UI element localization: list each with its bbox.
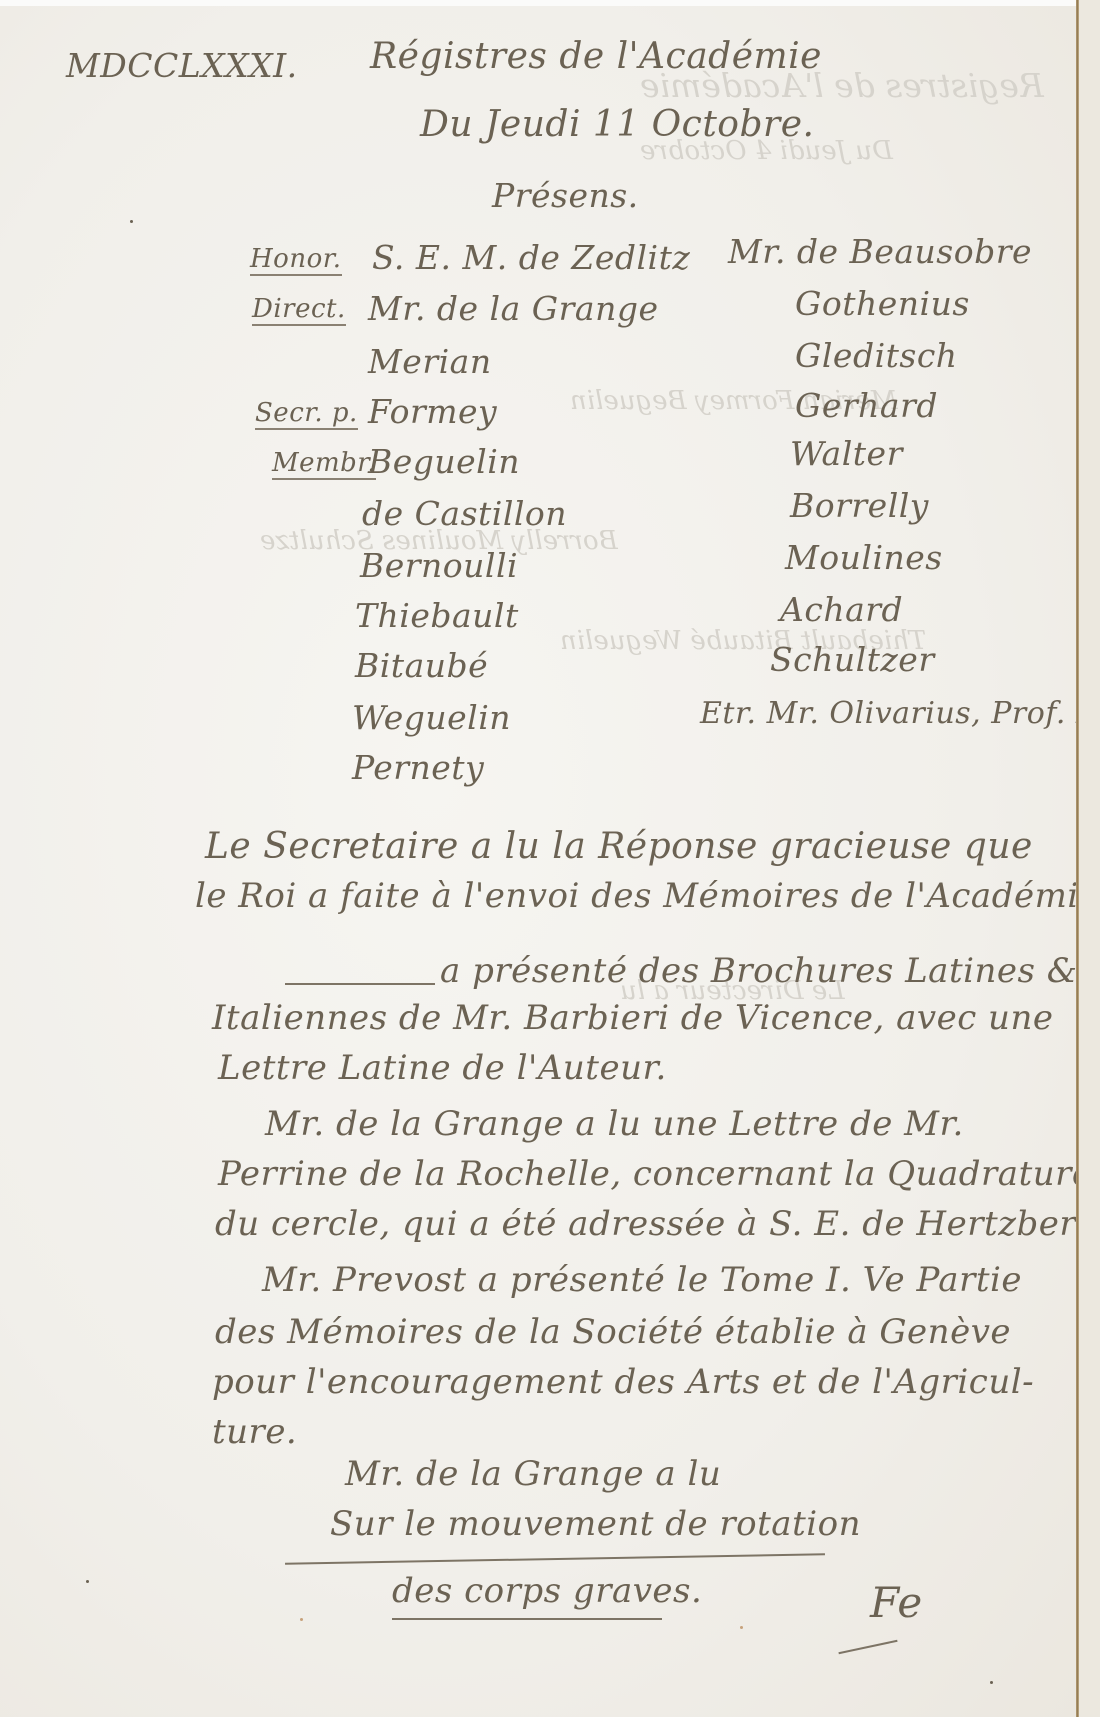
member-name: Pernety — [352, 748, 484, 787]
guest-attendee: Etr. Mr. Olivarius, Prof. Dan. — [700, 696, 1100, 731]
memoir-title-line: des corps graves. — [392, 1571, 702, 1611]
ink-speck — [86, 1580, 89, 1583]
minutes-line: Mr. Prevost a présenté le Tome I. Ve Par… — [262, 1260, 1022, 1300]
member-name-right: Gleditsch — [795, 336, 958, 375]
role-label-members: Membr. — [272, 448, 376, 480]
session-date: Du Jeudi 11 Octobre. — [420, 104, 815, 145]
minutes-line: pour l'encouragement des Arts et de l'Ag… — [212, 1362, 1034, 1402]
ditto-rule — [285, 983, 435, 985]
member-name-right: Gothenius — [795, 284, 970, 323]
page-title: Régistres de l'Académie — [370, 36, 822, 77]
signature-flourish — [838, 1640, 897, 1654]
member-name-right: Walter — [790, 434, 903, 473]
member-name-right: Schultzer — [770, 640, 935, 679]
manuscript-page: Registres de l'Académie Du Jeudi 4 Octob… — [0, 0, 1078, 1717]
minutes-line: du cercle, qui a été adressée à S. E. de… — [215, 1204, 1100, 1244]
minutes-line: Mr. de la Grange a lu une Lettre de Mr. — [265, 1104, 964, 1144]
member-name: Thiebault — [355, 596, 519, 635]
member-name: S. E. M. de Zedlitz — [372, 238, 690, 277]
member-name-right: Moulines — [785, 538, 943, 577]
title-underline — [392, 1618, 662, 1620]
member-name-right: Borrelly — [790, 486, 929, 525]
role-label-secretary: Secr. p. — [255, 398, 358, 430]
member-name: Bitaubé — [355, 646, 488, 685]
member-name-right: Mr. de Beausobre — [728, 232, 1032, 271]
title-underline — [285, 1553, 825, 1564]
year-heading: MDCCLXXXI. — [66, 46, 298, 85]
member-name-right: Achard — [780, 590, 903, 629]
minutes-line: des Mémoires de la Société établie à Gen… — [215, 1312, 1011, 1352]
member-name: Merian — [368, 342, 492, 381]
paper-speck — [300, 1618, 303, 1621]
minutes-line: Italiennes de Mr. Barbieri de Vicence, a… — [212, 998, 1053, 1038]
ink-speck — [130, 220, 133, 223]
minutes-line: Perrine de la Rochelle, concernant la Qu… — [218, 1154, 1093, 1194]
minutes-line: ture. — [212, 1412, 297, 1452]
ink-speck — [990, 1681, 993, 1684]
minutes-line: Le Secretaire a lu la Réponse gracieuse … — [205, 826, 1033, 867]
member-name-right: Gerhard — [795, 386, 938, 425]
member-name: Weguelin — [352, 698, 511, 737]
member-name: Formey — [368, 392, 497, 431]
minutes-line: Lettre Latine de l'Auteur. — [218, 1048, 667, 1088]
role-label-honorary: Honor. — [250, 244, 342, 276]
secretary-initials: Fe — [870, 1578, 923, 1627]
member-name: de Castillon — [362, 494, 567, 533]
member-name: Mr. de la Grange — [368, 289, 659, 328]
paper-speck — [740, 1626, 743, 1629]
member-name: Beguelin — [368, 442, 520, 481]
minutes-line: a présenté des Brochures Latines & — [440, 951, 1078, 991]
member-name: Bernoulli — [360, 546, 518, 585]
minutes-line: le Roi a faite à l'envoi des Mémoires de… — [195, 876, 1100, 916]
adjacent-page-edge — [1079, 0, 1100, 1717]
minutes-line: Mr. de la Grange a lu — [345, 1454, 721, 1494]
memoir-title-line: Sur le mouvement de rotation — [330, 1504, 861, 1544]
present-label: Présens. — [492, 176, 639, 215]
role-label-director: Direct. — [252, 294, 346, 326]
